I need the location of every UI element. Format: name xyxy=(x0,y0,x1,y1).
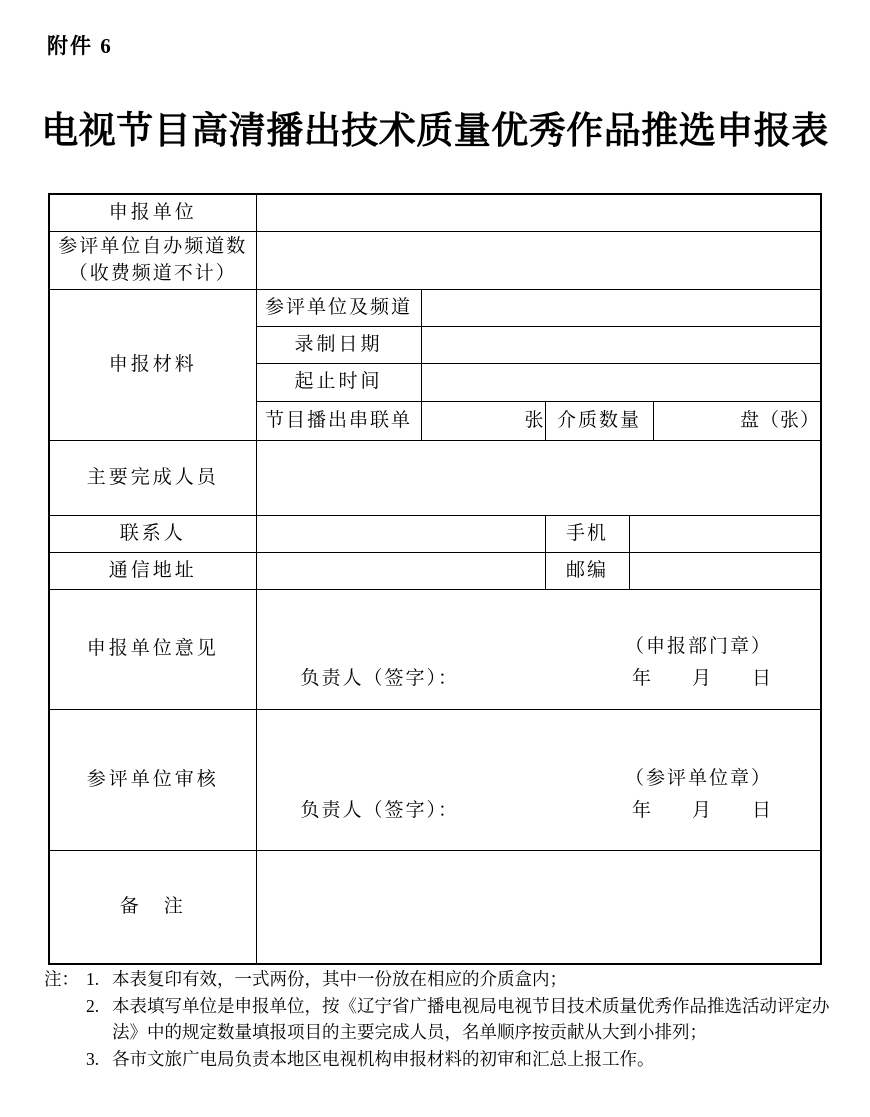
application-form-table: 申报单位 参评单位自办频道数 （收费频道不计） 申报材料 参评单位及频道 录制日… xyxy=(48,193,822,965)
row-unit-channel: 申报材料 参评单位及频道 xyxy=(49,289,821,326)
review-label: 参评单位审核 xyxy=(49,709,256,850)
postcode-field xyxy=(629,552,821,589)
footnote-item: 3. 各市文旅广电局负责本地区电视机构申报材料的初审和汇总上报工作。 xyxy=(86,1046,830,1073)
record-date-label: 录制日期 xyxy=(256,326,421,363)
footnote-number: 3. xyxy=(86,1046,112,1073)
footnotes-list: 1. 本表复印有效，一式两份，其中一份放在相应的介质盒内； 2. 本表填写单位是… xyxy=(86,966,830,1072)
time-range-field xyxy=(421,363,821,401)
row-declare-unit: 申报单位 xyxy=(49,194,821,231)
footnote-number: 1. xyxy=(86,966,112,993)
review-date-label: 年 月 日 xyxy=(632,798,772,824)
time-range-label: 起止时间 xyxy=(256,363,421,401)
record-date-field xyxy=(421,326,821,363)
postcode-label: 邮编 xyxy=(545,552,629,589)
footnotes: 注： 1. 本表复印有效，一式两份，其中一份放在相应的介质盒内； 2. 本表填写… xyxy=(44,966,830,1072)
declare-unit-field xyxy=(256,194,821,231)
row-channel-count: 参评单位自办频道数 （收费频道不计） xyxy=(49,231,821,289)
declare-unit-label: 申报单位 xyxy=(49,194,256,231)
footnote-text: 本表复印有效，一式两份，其中一份放在相应的介质盒内； xyxy=(112,966,830,993)
materials-label: 申报材料 xyxy=(49,289,256,440)
mobile-label: 手机 xyxy=(545,515,629,552)
media-count-label: 介质数量 xyxy=(545,401,653,440)
footnotes-prefix: 注： xyxy=(44,966,86,1072)
media-count-unit: 盘（张） xyxy=(653,401,821,440)
row-main-staff: 主要完成人员 xyxy=(49,440,821,515)
address-label: 通信地址 xyxy=(49,552,256,589)
remarks-label: 备 注 xyxy=(49,850,256,964)
playlist-label: 节目播出串联单 xyxy=(256,401,421,440)
contact-field xyxy=(256,515,545,552)
footnote-text: 本表填写单位是申报单位，按《辽宁省广播电视局电视节目技术质量优秀作品推选活动评定… xyxy=(112,993,830,1046)
channel-count-label: 参评单位自办频道数 （收费频道不计） xyxy=(49,231,256,289)
channel-count-label-line1: 参评单位自办频道数 xyxy=(50,233,256,260)
declare-opinion-field: （申报部门章） 负责人（签字）： 年 月 日 xyxy=(256,589,821,709)
mobile-field xyxy=(629,515,821,552)
row-declare-opinion: 申报单位意见 （申报部门章） 负责人（签字）： 年 月 日 xyxy=(49,589,821,709)
declare-opinion-date-label: 年 月 日 xyxy=(632,666,772,692)
remarks-field xyxy=(256,850,821,964)
playlist-unit: 张 xyxy=(421,401,545,440)
review-field: （参评单位章） 负责人（签字）： 年 月 日 xyxy=(256,709,821,850)
main-staff-label: 主要完成人员 xyxy=(49,440,256,515)
declare-opinion-sign-label: 负责人（签字）： xyxy=(301,666,460,692)
unit-channel-field xyxy=(421,289,821,326)
address-field xyxy=(256,552,545,589)
document-page: 附件 6 电视节目高清播出技术质量优秀作品推选申报表 申报单位 参评单位自办频道… xyxy=(0,0,870,1117)
page-title: 电视节目高清播出技术质量优秀作品推选申报表 xyxy=(0,100,870,154)
unit-channel-label: 参评单位及频道 xyxy=(256,289,421,326)
channel-count-field xyxy=(256,231,821,289)
row-remarks: 备 注 xyxy=(49,850,821,964)
review-stamp: （参评单位章） xyxy=(625,766,772,792)
row-contact: 联系人 手机 xyxy=(49,515,821,552)
row-review: 参评单位审核 （参评单位章） 负责人（签字）： 年 月 日 xyxy=(49,709,821,850)
review-sign-label: 负责人（签字）： xyxy=(301,798,460,824)
declare-opinion-stamp: （申报部门章） xyxy=(625,634,772,660)
contact-label: 联系人 xyxy=(49,515,256,552)
channel-count-label-line2: （收费频道不计） xyxy=(50,260,256,287)
row-address: 通信地址 邮编 xyxy=(49,552,821,589)
declare-opinion-label: 申报单位意见 xyxy=(49,589,256,709)
attachment-label: 附件 6 xyxy=(47,30,113,60)
footnote-item: 2. 本表填写单位是申报单位，按《辽宁省广播电视局电视节目技术质量优秀作品推选活… xyxy=(86,993,830,1046)
footnote-text: 各市文旅广电局负责本地区电视机构申报材料的初审和汇总上报工作。 xyxy=(112,1046,830,1073)
footnote-item: 1. 本表复印有效，一式两份，其中一份放在相应的介质盒内； xyxy=(86,966,830,993)
footnote-number: 2. xyxy=(86,993,112,1046)
main-staff-field xyxy=(256,440,821,515)
